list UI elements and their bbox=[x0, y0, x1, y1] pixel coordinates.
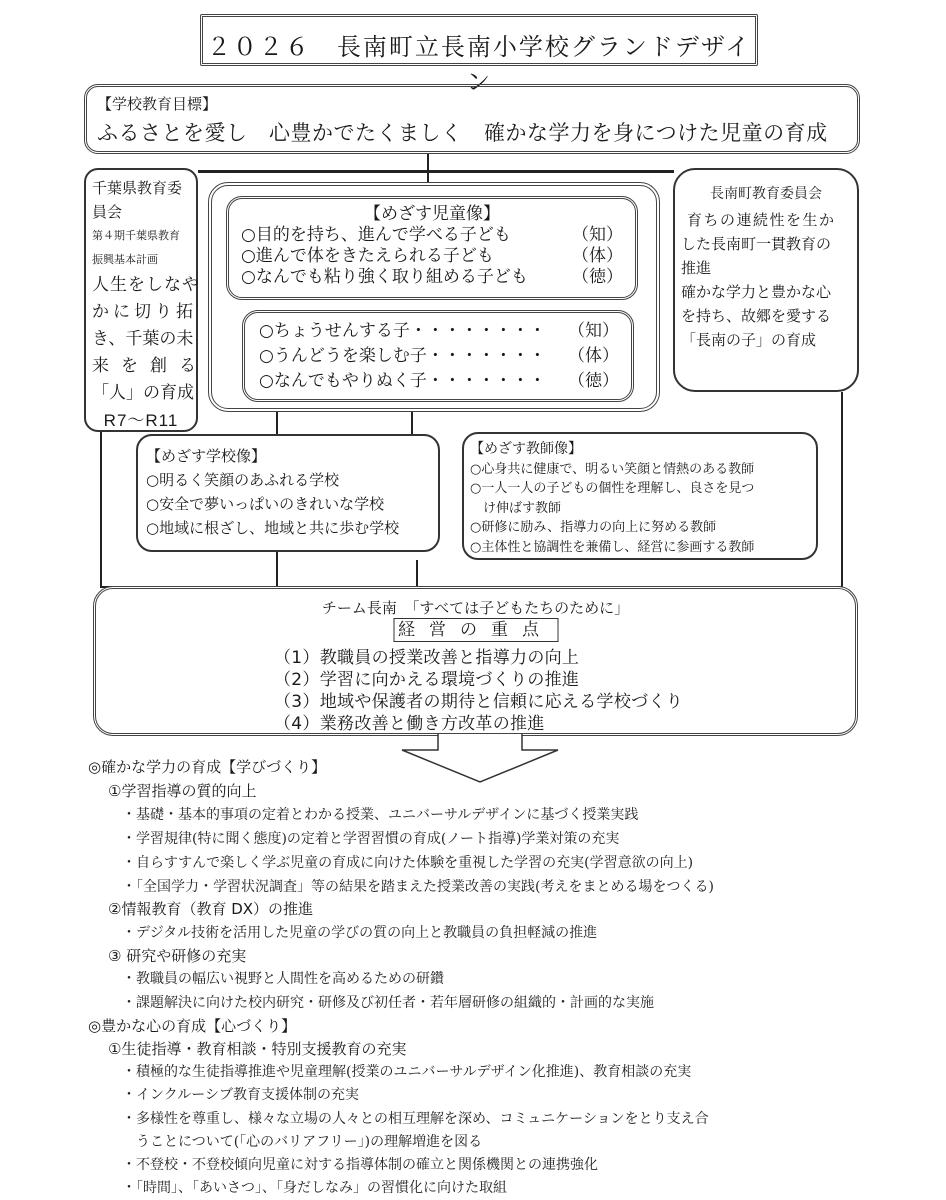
town-board-line: 「長南の子」の育成 bbox=[681, 328, 851, 352]
ideal-school-item: ○明るく笑顔のあふれる学校 bbox=[146, 468, 430, 492]
ideal-child-text: ○進んで体をきたえられる子ども bbox=[241, 246, 494, 266]
kid-goal-tag: （知） bbox=[568, 319, 619, 344]
kid-goal-item: ○なんでもやりぬく子・・・・・・・ （徳） bbox=[245, 369, 631, 394]
kid-goal-tag: （徳） bbox=[568, 369, 619, 394]
kid-goal-text: ○うんどうを楽しむ子・・・・・・・ bbox=[259, 346, 546, 366]
chiba-plan-title: 第４期千葉県教育 bbox=[92, 224, 190, 248]
chiba-vision-line: かに切り拓 bbox=[92, 299, 190, 326]
ideal-teacher-item: ○研修に励み、指導力の向上に努める教師 bbox=[470, 518, 810, 538]
ideal-child-heading: 【めざす児童像】 bbox=[229, 203, 635, 225]
kid-goals-box: ○ちょうせんする子・・・・・・・・ （知） ○うんどうを楽しむ子・・・・・・・ … bbox=[242, 310, 634, 402]
town-board-line: 推進 bbox=[681, 256, 851, 280]
down-arrow-icon bbox=[390, 734, 570, 784]
town-board-line: 育ちの連続性を生か bbox=[681, 208, 851, 232]
connector-top-horizontal bbox=[198, 170, 674, 173]
team-slogan: チーム長南 「すべては子どもたちのために」 bbox=[96, 597, 855, 618]
ideal-teacher-item: ○心身共に健康で、明るい笑顔と情熱のある教師 bbox=[470, 460, 810, 480]
bullet-item: うことについて(「心のバリアフリー」)の理解増進を図る bbox=[122, 1131, 482, 1151]
chiba-board-name: 員会 bbox=[92, 200, 190, 224]
town-board-line: した長南町一貫教育の bbox=[681, 232, 851, 256]
bullet-item: ・インクルーシブ教育支援体制の充実 bbox=[122, 1084, 359, 1104]
town-board-heading: 長南町教育委員会 bbox=[681, 182, 851, 206]
connector-child-school bbox=[276, 412, 278, 434]
ideal-school-item: ○安全で夢いっぱいのきれいな学校 bbox=[146, 492, 430, 516]
school-goal-text: ふるさとを愛し 心豊かでたくましく 確かな学力を身につけた児童の育成 bbox=[97, 117, 828, 147]
connector-teacher-mgmt-real bbox=[416, 560, 418, 588]
chiba-board-name: 千葉県教育委 bbox=[92, 176, 190, 200]
bullet-item: ・積極的な生徒指導推進や児童理解(授業のユニバーサルデザイン化推進)、教育相談の… bbox=[122, 1061, 691, 1081]
ideal-teacher-item: け伸ばす教師 bbox=[470, 499, 810, 519]
bullet-item: ・課題解決に向けた校内研究・研修及び初任者・若年層研修の組織的・計画的な実施 bbox=[122, 992, 654, 1012]
bullet-item: ・デジタル技術を活用した児童の学びの質の向上と教職員の負担軽減の推進 bbox=[122, 922, 597, 942]
chiba-vision-line: き、千葉の未 bbox=[92, 326, 190, 353]
bullet-item: ・多様性を尊重し、様々な立場の人々との相互理解を深め、コミュニケーションをとり支… bbox=[122, 1108, 709, 1128]
ideal-child-item: ○進んで体をきたえられる子ども （体） bbox=[229, 246, 635, 267]
ideal-teacher-item: ○主体性と協調性を兼備し、経営に参画する教師 bbox=[470, 538, 810, 558]
ideal-child-tag: （体） bbox=[572, 246, 623, 267]
ideal-child-text: ○なんでも粘り強く取り組める子ども bbox=[241, 267, 528, 287]
subsection-heading: ①生徒指導・教育相談・特別支援教育の充実 bbox=[108, 1038, 406, 1059]
ideal-child-tag: （知） bbox=[572, 225, 623, 246]
connector-left-vertical bbox=[100, 432, 102, 588]
kid-goal-text: ○なんでもやりぬく子・・・・・・・ bbox=[259, 371, 546, 391]
ideal-child-box: 【めざす児童像】 ○目的を持ち、進んで学べる子ども （知） ○進んで体をきたえら… bbox=[226, 196, 638, 300]
chiba-vision-line: 「人」の育成 bbox=[92, 380, 190, 407]
kid-goal-tag: （体） bbox=[568, 344, 619, 369]
connector-right-vertical bbox=[841, 392, 843, 588]
ideal-child-item: ○なんでも粘り強く取り組める子ども （徳） bbox=[229, 267, 635, 288]
bullet-item: ・基礎・基本的事項の定着とわかる授業、ユニバーサルデザインに基づく授業実践 bbox=[122, 804, 638, 824]
connector-goal-down bbox=[427, 154, 429, 184]
ideal-school-box: 【めざす学校像】 ○明るく笑顔のあふれる学校 ○安全で夢いっぱいのきれいな学校 … bbox=[136, 434, 440, 552]
subsection-heading: ②情報教育（教育 DX）の推進 bbox=[108, 898, 313, 919]
management-item: （4）業務改善と働き方改革の推進 bbox=[274, 709, 545, 734]
chiba-plan-title: 振興基本計画 bbox=[92, 248, 190, 272]
chiba-board-box: 千葉県教育委 員会 第４期千葉県教育 振興基本計画 人生をしなや かに切り拓 き… bbox=[84, 168, 198, 432]
chiba-period: R7～R11 bbox=[92, 407, 190, 434]
kid-goal-item: ○ちょうせんする子・・・・・・・・ （知） bbox=[245, 319, 631, 344]
bullet-item: ・不登校・不登校傾向児童に対する指導体制の確立と関係機関との連携強化 bbox=[122, 1154, 598, 1174]
ideal-child-item: ○目的を持ち、進んで学べる子ども （知） bbox=[229, 225, 635, 246]
ideal-child-tag: （徳） bbox=[572, 267, 623, 288]
school-goal-label: 【学校教育目標】 bbox=[97, 93, 217, 114]
ideal-teacher-item: ○一人一人の子どもの個性を理解し、良さを見つ bbox=[470, 479, 810, 499]
ideal-teacher-heading: 【めざす教師像】 bbox=[470, 440, 810, 460]
chiba-vision-line: 来を創る bbox=[92, 353, 190, 380]
connector-teacher-top bbox=[411, 412, 413, 432]
section-heading: ◎豊かな心の育成【心づくり】 bbox=[88, 1015, 296, 1036]
town-board-line: を持ち、故郷を愛する bbox=[681, 304, 851, 328]
management-heading: 経営の重点 bbox=[393, 618, 558, 642]
chiba-vision-line: 人生をしなや bbox=[92, 272, 190, 299]
management-priorities-box: チーム長南 「すべては子どもたちのために」 経営の重点 （1）教職員の授業改善と… bbox=[93, 586, 858, 736]
section-heading: ◎確かな学力の育成【学びづくり】 bbox=[88, 756, 326, 777]
bullet-item: ・自らすすんで楽しく学ぶ児童の育成に向けた体験を重視した学習の充実(学習意欲の向… bbox=[122, 852, 693, 872]
ideal-child-text: ○目的を持ち、進んで学べる子ども bbox=[241, 225, 511, 245]
ideal-school-heading: 【めざす学校像】 bbox=[146, 444, 430, 468]
school-goal-box: 【学校教育目標】 ふるさとを愛し 心豊かでたくましく 確かな学力を身につけた児童… bbox=[84, 84, 860, 154]
ideal-school-item: ○地域に根ざし、地域と共に歩む学校 bbox=[146, 516, 430, 540]
page-title-box: ２０２６ 長南町立長南小学校グランドデザイン bbox=[200, 14, 758, 66]
town-board-box: 長南町教育委員会 育ちの連続性を生か した長南町一貫教育の 推進 確かな学力と豊… bbox=[673, 168, 859, 392]
kid-goal-text: ○ちょうせんする子・・・・・・・・ bbox=[259, 321, 546, 341]
town-board-line: 確かな学力と豊かな心 bbox=[681, 280, 851, 304]
ideal-teacher-box: 【めざす教師像】 ○心身共に健康で、明るい笑顔と情熱のある教師 ○一人一人の子ど… bbox=[462, 432, 818, 560]
kid-goal-item: ○うんどうを楽しむ子・・・・・・・ （体） bbox=[245, 344, 631, 369]
bullet-item: ・学習規律(特に聞く態度)の定着と学習習慣の育成(ノート指導)学業対策の充実 bbox=[122, 828, 619, 848]
subsection-heading: ①学習指導の質的向上 bbox=[108, 780, 256, 801]
subsection-heading: ③ 研究や研修の充実 bbox=[108, 945, 246, 966]
connector-school-mgmt bbox=[276, 552, 278, 588]
bullet-item: ・教職員の幅広い視野と人間性を高めるための研鑽 bbox=[122, 968, 444, 988]
bullet-item: ・「全国学力・学習状況調査」等の結果を踏まえた授業改善の実践(考えをまとめる場を… bbox=[122, 876, 714, 896]
bullet-item: ・「時間」、「あいさつ」、「身だしなみ」の習慣化に向けた取組 bbox=[122, 1177, 507, 1197]
